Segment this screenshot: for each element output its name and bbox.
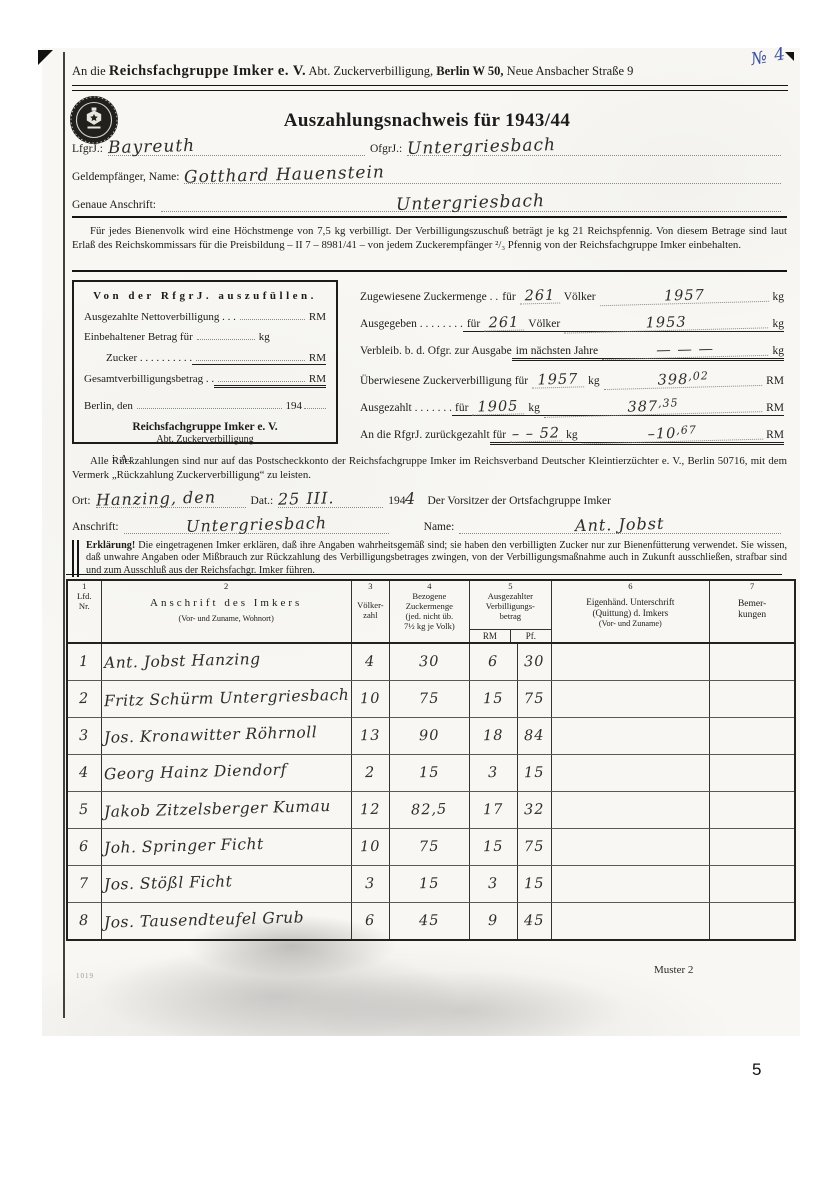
row-rm: 9 [488,915,499,928]
row-pf-cell: 30 [517,643,551,681]
zurueck-tail: für – – 52 kg –10,67 RM [490,426,784,445]
verbleib-tail: im nächsten Jahre — — — kg [512,344,784,361]
declaration-block: Erklärung! Die eingetragenen Imker erklä… [72,540,787,577]
col-betrag-header: 5 Ausgezahlter Verbilligungs- betrag RM … [469,580,551,643]
rm-subcol: RM [470,630,510,642]
ausgegeben-voelker-value: 261 [484,316,524,331]
row-zucker-cell: 75 [389,681,469,718]
row-pf-cell: 75 [517,681,551,718]
row-zucker-cell: 30 [389,643,469,681]
row-remarks-cell [709,866,795,903]
lfgr-field: Bayreuth [108,140,365,156]
header-organization: Reichsfachgruppe Imker e. V. [109,63,306,79]
ueberwiesen-kg-value: 1957 [532,373,584,388]
intro-paragraph: Für jedes Bienenvolk wird eine Höchstmen… [72,224,787,253]
gesamt-underlined: RM [214,371,326,388]
voelker-word-1: Völker [564,291,596,303]
row-voelker-cell: 2 [351,755,389,792]
row-rm: 3 [488,767,499,780]
einbehalten-label: Einbehaltener Betrag für [84,331,193,343]
form-print-code: 1019 [76,972,94,980]
row-pf: 84 [524,730,545,744]
zugewiesen-tail: für 261 Völker 1957 kg [498,290,784,304]
row-name: Jos. Tausendteufel Grub [103,911,303,930]
kg-word-1: kg [773,291,785,303]
rm-word-6: RM [766,429,784,441]
header-city: Berlin W 50, [436,64,503,78]
row-name: Joh. Springer Ficht [103,838,263,856]
row-zucker: 75 [419,693,440,707]
lfgr-label: LfgrJ.: [72,143,103,155]
rm-unit-2: RM [309,352,326,364]
row-voelker: 12 [360,804,381,818]
summary-row-zurueckgezahlt: An die RfgrJ. zurückgezahlt für – – 52 k… [360,426,784,445]
muster-label: Muster 2 [654,964,693,976]
row-remarks-cell [709,755,795,792]
row-rm: 6 [488,656,499,669]
rm-unit: RM [309,311,326,323]
col1-title: Lfd. Nr. [69,592,100,612]
row-nr: 3 [79,730,90,743]
summary-row-verbleib: Verbleib. b. d. Ofgr. zur Ausgabe im näc… [360,344,784,361]
row-voelker: 4 [365,656,376,669]
year-prefix: 194 [286,400,303,412]
netto-field [240,309,305,320]
col3-title: Völker- zahl [353,601,388,621]
col4-num: 4 [391,582,468,591]
ausgezahlt-rm-value: 387,35 [544,396,763,418]
table-row: 7 Jos. Stößl Ficht 3 15 3 15 [67,866,795,903]
scan-edge-line [63,52,65,1018]
row-voelker: 13 [360,730,381,744]
ofgr-field: Untergriesbach [407,140,781,156]
row-zucker: 82,5 [411,804,448,818]
page-number: 5 [752,1060,761,1080]
office-use-box: Von der RfgrJ. auszufüllen. Ausgezahlte … [72,280,338,444]
row-pf-cell: 45 [517,903,551,941]
office-box-title: Von der RfgrJ. auszufüllen. [84,290,326,302]
rm-pf-4: ,02 [688,369,709,383]
row-voelker-cell: 3 [351,866,389,903]
berlin-date-label: Berlin, den [84,400,133,412]
fuer-2: für [467,318,480,330]
divider-rule [72,216,787,218]
ausgegeben-label: Ausgegeben . . . . . . . . [360,318,463,330]
row-rm-cell: 15 [469,829,517,866]
document-header: An die Reichsfachgruppe Imker e. V. Abt.… [72,63,786,80]
header-double-rule [72,85,788,91]
year-label: 194 [388,495,405,507]
col2-sub: (Vor- und Zuname, Wohnort) [103,614,350,623]
recipient-line: Geldempfänger, Name: Gotthard Hauenstein [72,168,786,184]
col-voelker-header: 3Völker- zahl [351,580,389,643]
zurueck-label: An die RfgrJ. zurückgezahlt [360,429,490,441]
kg-unit: kg [259,331,270,343]
col5-wrap: 5 Ausgezahlter Verbilligungs- betrag RM … [470,582,551,642]
col-anschrift-header: 2Anschrift des Imkers(Vor- und Zuname, W… [101,580,351,643]
row-nr: 4 [79,767,90,780]
zugewiesen-voelker-value: 261 [520,289,560,304]
summary-row-ausgezahlt: Ausgezahlt . . . . . . . für 1905 kg 387… [360,399,784,416]
name-field: Ant. Jobst [459,518,781,534]
row-pf-cell: 15 [517,866,551,903]
anschrift2-label: Anschrift: [72,521,119,533]
row-name-cell: Jos. Tausendteufel Grub [101,903,351,941]
fuer-5: für [455,402,468,414]
row-remarks-cell [709,718,795,755]
row-rm: 15 [483,841,504,855]
row-name-cell: Jakob Zitzelsberger Kumau [101,792,351,829]
row-nr: 7 [79,878,90,891]
ofgr-value: Untergriesbach [407,138,556,157]
col-lfdnr-header: 1Lfd. Nr. [67,580,101,643]
zucker-label: Zucker . . . . . . . . . . [106,352,192,364]
declaration-text: Die eingetragenen Imker erklären, daß ih… [86,540,787,576]
chairman-label: Der Vorsitzer der Ortsfachgruppe Imker [427,495,611,507]
office-line-zucker: Zucker . . . . . . . . . . RM [106,350,326,365]
zucker-field [196,350,305,361]
row-pf: 45 [524,915,545,929]
header-prefix: An die [72,64,106,78]
divider-rule-2 [72,270,787,272]
verbleib-mid: im nächsten Jahre [516,345,598,357]
row-zucker: 15 [419,878,440,892]
summary-row-zugewiesen: Zugewiesene Zuckermenge . . für 261 Völk… [360,290,784,304]
row-rm-cell: 15 [469,681,517,718]
repayment-note: Alle Rückzahlungen sind nur auf das Post… [72,454,787,483]
declaration-head: Erklärung! [86,540,135,551]
row-pf-cell: 84 [517,718,551,755]
row-name: Jos. Kronawitter Röhrnoll [103,726,317,746]
year-hand-value: 4 [405,492,419,507]
col-bemerkungen-header: 7Bemer- kungen [709,580,795,643]
row-pf: 75 [524,841,545,855]
row-voelker-cell: 12 [351,792,389,829]
rm-word-4: RM [766,375,784,387]
row-nr: 8 [79,915,90,928]
row-signature-cell [551,681,709,718]
repayment-text: Alle Rückzahlungen sind nur auf das Post… [72,455,787,481]
row-pf-cell: 32 [517,792,551,829]
zucker-underlined: RM [192,350,326,365]
zugewiesen-kg-value: 1957 [599,288,768,306]
row-remarks-cell [709,792,795,829]
place-date-line: Ort: Hanzing, den Dat.: 25 III. 194 4 De… [72,492,786,508]
table-row: 1 Ant. Jobst Hanzing 4 30 6 30 [67,643,795,681]
imker-table: 1Lfd. Nr. 2Anschrift des Imkers(Vor- und… [66,579,796,941]
ort-label: Ort: [72,495,91,507]
address-label: Genaue Anschrift: [72,199,156,211]
recipient-field: Gotthard Hauenstein [184,168,781,184]
kg-word-3: kg [773,345,785,357]
recipient-value: Gotthard Hauenstein [184,165,385,186]
row-nr-cell: 4 [67,755,101,792]
ueberwiesen-rm-value: 398,02 [603,370,762,390]
row-zucker: 15 [419,767,440,781]
row-remarks-cell [709,903,795,941]
table-row: 5 Jakob Zitzelsberger Kumau 12 82,5 17 3… [67,792,795,829]
row-rm-cell: 18 [469,718,517,755]
table-row: 2 Fritz Schürm Untergriesbach 10 75 15 7… [67,681,795,718]
row-nr-cell: 6 [67,829,101,866]
page-title: Auszahlungsnachweis für 1943/44 [192,110,662,132]
intro-text: Für jedes Bienenvolk wird eine Höchstmen… [72,225,787,251]
office-line-date: Berlin, den 194 [84,398,326,412]
verbleib-value: — — — [602,342,769,360]
row-pf: 75 [524,693,545,707]
scanned-document-sheet: An die Reichsfachgruppe Imker e. V. Abt.… [42,48,800,1036]
row-pf: 15 [524,878,545,892]
office-line-einbehalten: Einbehaltener Betrag für kg [84,329,326,343]
address-value: Untergriesbach [396,194,545,213]
row-name: Jakob Zitzelsberger Kumau [103,800,330,820]
row-voelker: 3 [365,878,376,891]
row-name-cell: Jos. Stößl Ficht [101,866,351,903]
zurueck-kg-value: – – 52 [510,427,562,442]
row-pf: 32 [524,804,545,818]
netto-label: Ausgezahlte Nettoverbilligung . . . [84,311,236,323]
kg-word-5: kg [528,402,540,414]
row-zucker-cell: 82,5 [389,792,469,829]
row-voelker-cell: 4 [351,643,389,681]
table-header-row: 1Lfd. Nr. 2Anschrift des Imkers(Vor- und… [67,580,795,643]
row-rm-cell: 17 [469,792,517,829]
fuer-4: für [515,375,528,387]
row-name: Fritz Schürm Untergriesbach [103,689,349,709]
ort-value: Hanzing, den [95,490,215,508]
col1-num: 1 [69,582,100,591]
row-nr-cell: 1 [67,643,101,681]
row-rm: 18 [483,730,504,744]
row-pf: 30 [524,656,545,670]
row-nr-cell: 7 [67,866,101,903]
row-rm: 15 [483,693,504,707]
row-voelker-cell: 10 [351,829,389,866]
name-value: Ant. Jobst [575,517,665,534]
ausgegeben-tail: für 261 Völker 1953 kg [463,317,784,332]
fold-corner-mark [38,50,53,65]
col6-num: 6 [553,582,708,591]
fuer-1: für [502,291,515,303]
dat-label: Dat.: [251,495,274,507]
row-voelker: 6 [365,915,376,928]
row-rm-cell: 6 [469,643,517,681]
summary-row-ueberwiesen: Überwiesene Zuckerverbilligung für 1957 … [360,372,784,388]
fuer-6: für [493,429,506,441]
row-rm-cell: 9 [469,903,517,941]
row-nr: 2 [79,693,90,706]
berlin-date-field [137,398,282,409]
col3-num: 3 [353,582,388,591]
rm-unit-3: RM [309,373,326,385]
row-name-cell: Jos. Kronawitter Röhrnoll [101,718,351,755]
row-rm: 17 [483,804,504,818]
ueberwiesen-label: Überwiesene Zuckerverbilligung [360,375,512,387]
table-row: 6 Joh. Springer Ficht 10 75 15 75 [67,829,795,866]
ofgr-label: OfgrJ.: [370,143,402,155]
header-department: Abt. Zuckerverbilligung, [309,64,434,78]
col6-sub: (Vor- und Zuname) [553,619,708,628]
col2-title: Anschrift des Imkers [103,597,350,610]
address-field: Untergriesbach [161,196,781,212]
anschrift2-field: Untergriesbach [124,518,389,534]
ort-field: Hanzing, den [96,492,246,508]
chairman-address-line: Anschrift: Untergriesbach Name: Ant. Job… [72,518,786,534]
dat-field: 25 III. [278,492,383,508]
row-name: Georg Hainz Diendorf [103,764,286,783]
row-nr-cell: 5 [67,792,101,829]
kg-word-6: kg [566,429,578,441]
row-signature-cell [551,903,709,941]
row-rm-cell: 3 [469,866,517,903]
row-name: Jos. Stößl Ficht [103,875,232,892]
ausgezahlt-kg-value: 1905 [472,400,524,415]
dat-value: 25 III. [278,491,335,507]
header-street: Neue Ansbacher Straße 9 [507,64,634,78]
gesamt-label: Gesamtverbilligungsbetrag . . [84,373,214,385]
rm-pf-5: ,35 [658,396,679,410]
row-zucker-cell: 45 [389,903,469,941]
ueberwiesen-tail: für 1957 kg 398,02 RM [512,372,784,388]
col-unterschrift-header: 6Eigenhänd. Unterschrift (Quittung) d. I… [551,580,709,643]
ausgegeben-kg-value: 1953 [564,314,769,333]
row-nr: 5 [79,804,90,817]
row-remarks-cell [709,643,795,681]
row-nr: 1 [79,656,90,669]
row-voelker: 10 [360,841,381,855]
table-row: 3 Jos. Kronawitter Röhrnoll 13 90 18 84 [67,718,795,755]
ausgezahlt-tail: für 1905 kg 387,35 RM [452,399,784,416]
rm-pf-6: ,67 [676,423,697,437]
row-zucker: 90 [419,730,440,744]
row-name: Ant. Jobst Hanzing [103,653,260,671]
col2-num: 2 [103,582,350,591]
row-pf: 15 [524,767,545,781]
row-name-cell: Fritz Schürm Untergriesbach [101,681,351,718]
row-nr: 6 [79,841,90,854]
row-name-cell: Joh. Springer Ficht [101,829,351,866]
table-row: 8 Jos. Tausendteufel Grub 6 45 9 45 [67,903,795,941]
row-nr-cell: 8 [67,903,101,941]
row-signature-cell [551,718,709,755]
row-pf-cell: 75 [517,829,551,866]
row-voelker: 2 [365,767,376,780]
row-rm-cell: 3 [469,755,517,792]
gesamt-field [218,371,305,382]
row-nr-cell: 2 [67,681,101,718]
row-zucker-cell: 75 [389,829,469,866]
voelker-word-2: Völker [528,318,560,330]
row-nr-cell: 3 [67,718,101,755]
address-line: Genaue Anschrift: Untergriesbach [72,196,786,212]
summary-row-ausgegeben: Ausgegeben . . . . . . . . für 261 Völke… [360,317,784,332]
kg-word-4: kg [588,375,600,387]
pf-subcol: Pf. [510,630,551,642]
rm-word-5: RM [766,402,784,414]
row-rm: 3 [488,878,499,891]
signature-dept: Abt. Zuckerverbilligung [84,434,326,445]
rm-main-5: 387 [627,399,658,416]
row-remarks-cell [709,829,795,866]
zugewiesen-label: Zugewiesene Zuckermenge . . [360,291,498,303]
row-name-cell: Georg Hainz Diendorf [101,755,351,792]
recipient-label: Geldempfänger, Name: [72,171,179,183]
anschrift2-value: Untergriesbach [185,516,326,534]
row-signature-cell [551,755,709,792]
row-zucker-cell: 15 [389,755,469,792]
rm-main-6: –10 [647,426,676,443]
col7-title: Bemer- kungen [711,599,794,621]
row-signature-cell [551,792,709,829]
row-signature-cell [551,866,709,903]
verbleib-label: Verbleib. b. d. Ofgr. zur Ausgabe [360,345,512,357]
row-signature-cell [551,643,709,681]
col4-title: Bezogene Zuckermenge (jed. nicht üb. 7½ … [391,592,468,632]
row-remarks-cell [709,681,795,718]
year-field [304,398,326,409]
row-zucker-cell: 15 [389,866,469,903]
zurueck-rm-value: –10,67 [581,424,762,445]
row-signature-cell [551,829,709,866]
rm-main-4: 398 [657,372,688,389]
einbehalten-field [197,329,255,340]
group-line: LfgrJ.: Bayreuth OfgrJ.: Untergriesbach [72,140,786,156]
row-zucker: 75 [419,841,440,855]
row-pf-cell: 15 [517,755,551,792]
office-line-gesamt: Gesamtverbilligungsbetrag . . RM [84,371,326,388]
row-zucker: 45 [419,915,440,929]
row-voelker-cell: 6 [351,903,389,941]
rm-pf-subheader: RM Pf. [470,629,551,642]
lfgr-value: Bayreuth [108,139,196,157]
row-name-cell: Ant. Jobst Hanzing [101,643,351,681]
table-row: 4 Georg Hainz Diendorf 2 15 3 15 [67,755,795,792]
col6-title: Eigenhänd. Unterschrift (Quittung) d. Im… [553,597,708,618]
row-voelker: 10 [360,693,381,707]
office-line-netto: Ausgezahlte Nettoverbilligung . . . RM [84,309,326,323]
row-voelker-cell: 10 [351,681,389,718]
signature-org: Reichsfachgruppe Imker e. V. [84,421,326,433]
col5-num: 5 [470,582,551,591]
row-zucker-cell: 90 [389,718,469,755]
ausgezahlt-label: Ausgezahlt . . . . . . . [360,402,452,414]
row-voelker-cell: 13 [351,718,389,755]
col5-title: Ausgezahlter Verbilligungs- betrag [470,592,551,622]
row-zucker: 30 [419,656,440,670]
col-zucker-header: 4Bezogene Zuckermenge (jed. nicht üb. 7½… [389,580,469,643]
name-label: Name: [424,521,455,533]
col7-num: 7 [711,582,794,591]
kg-word-2: kg [773,318,785,330]
